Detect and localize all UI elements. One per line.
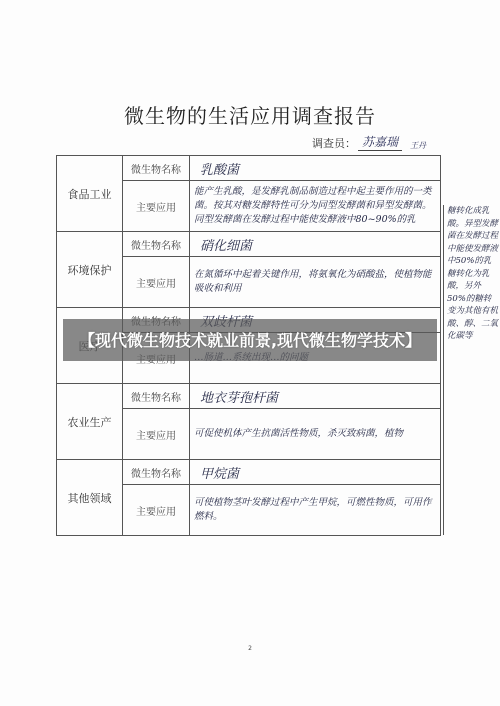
investigator-label: 调查员： <box>312 135 356 151</box>
table-row: 环境保护 微生物名称 硝化细菌 <box>57 232 441 257</box>
headline-text: 【现代微生物技术就业前景,现代微生物学技术】 <box>73 331 427 350</box>
microbe-name: 硝化细菌 <box>190 232 441 257</box>
row-label-usage: 主要应用 <box>123 409 190 460</box>
microbe-usage: 在氮循环中起着关键作用，将氨氧化为硝酸盐，使植物能吸收和利用 <box>190 257 441 308</box>
field-cell: 其他领域 <box>57 460 123 536</box>
table-row: 食品工业 微生物名称 乳酸菌 <box>57 156 441 181</box>
page-number: 2 <box>0 645 500 652</box>
investigator-line: 调查员： 苏嘉瑞 王丹 <box>312 133 426 151</box>
table-row: 农业生产 微生物名称 地衣芽孢杆菌 <box>57 384 441 409</box>
microbe-name: 地衣芽孢杆菌 <box>190 384 441 409</box>
investigator-signature: 苏嘉瑞 <box>358 133 402 151</box>
field-cell: 农业生产 <box>57 384 123 460</box>
row-label-usage: 主要应用 <box>123 485 190 536</box>
microbe-usage: 可促使机体产生抗菌活性物质，杀灭致病菌，植物 <box>190 409 441 460</box>
document-page: 微生物的生活应用调查报告 调查员： 苏嘉瑞 王丹 食品工业 微生物名称 乳酸菌 … <box>0 0 500 706</box>
row-label-usage: 主要应用 <box>123 181 190 232</box>
margin-notes: 糖转化成乳酸。异型发酵菌在发酵过程中能使发酵液中50%的乳糖转化为乳酸，另外50… <box>443 205 499 535</box>
row-label-name: 微生物名称 <box>123 460 190 485</box>
field-cell: 环境保护 <box>57 232 123 308</box>
investigator-signature-2: 王丹 <box>410 140 426 151</box>
document-title: 微生物的生活应用调查报告 <box>0 100 500 129</box>
field-cell: 食品工业 <box>57 156 123 232</box>
microbe-usage: 能产生乳酸，是发酵乳制品制造过程中起主要作用的一类菌。按其对糖发酵特性可分为同型… <box>190 181 441 232</box>
headline-overlay: 【现代微生物技术就业前景,现代微生物学技术】 <box>63 319 437 361</box>
row-label-name: 微生物名称 <box>123 156 190 181</box>
row-label-name: 微生物名称 <box>123 232 190 257</box>
table-row: 其他领域 微生物名称 甲烷菌 <box>57 460 441 485</box>
microbe-name: 甲烷菌 <box>190 460 441 485</box>
microbe-name: 乳酸菌 <box>190 156 441 181</box>
row-label-name: 微生物名称 <box>123 384 190 409</box>
microbe-usage: 可使植物茎叶发酵过程中产生甲烷，可燃性物质，可用作燃料。 <box>190 485 441 536</box>
row-label-usage: 主要应用 <box>123 257 190 308</box>
